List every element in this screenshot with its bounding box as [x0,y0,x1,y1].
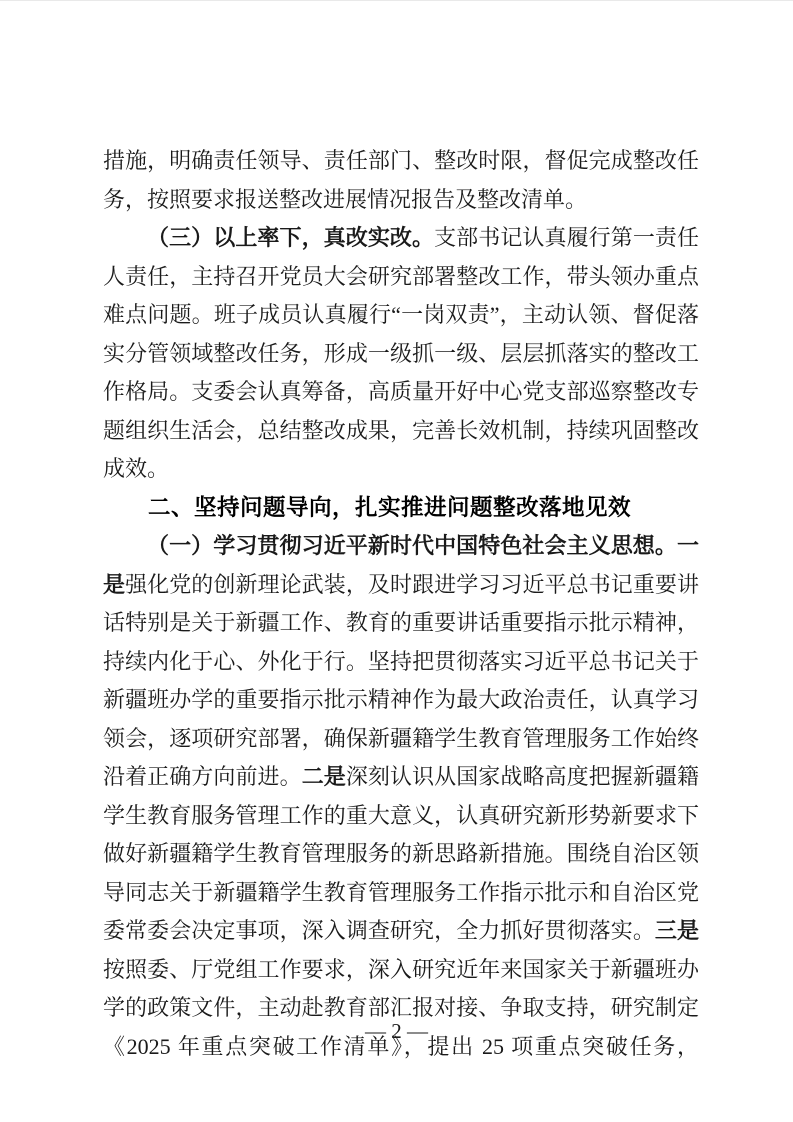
body-text: 措施，明确责任领导、责任部门、整改时限，督促完成整改任务，按照要求报送整改进展情… [103,148,699,212]
emphasis-text: 二、坚持问题导向，扎实推进问题整改落地见效 [148,495,631,520]
body-text: 强化党的创新理论武装，及时跟进学习习近平总书记重要讲话特别是关于新疆工作、教育的… [103,572,699,790]
paragraph-item-one: （一）学习贯彻习近平新时代中国特色社会主义思想。一是强化党的创新理论武装，及时跟… [103,527,699,1066]
paragraph-continuation: 措施，明确责任领导、责任部门、整改时限，督促完成整改任务，按照要求报送整改进展情… [103,142,699,219]
document-body: 措施，明确责任领导、责任部门、整改时限，督促完成整改任务，按照要求报送整改进展情… [103,142,699,1066]
body-text: 支部书记认真履行第一责任人责任，主持召开党员大会研究部署整改工作，带头领办重点难… [103,225,699,481]
emphasis-text: 三是 [655,918,699,943]
emphasis-text: （三）以上率下，真改实改。 [147,225,434,250]
body-text: 深刻认识从国家战略高度把握新疆籍学生教育服务管理工作的重大意义，认真研究新形势新… [103,764,699,943]
page-number: — 2 — [0,1014,793,1048]
section-heading: 二、坚持问题导向，扎实推进问题整改落地见效 [103,489,699,528]
document-page: 措施，明确责任领导、责任部门、整改时限，督促完成整改任务，按照要求报送整改进展情… [0,0,793,1122]
paragraph-item-three: （三）以上率下，真改实改。支部书记认真履行第一责任人责任，主持召开党员大会研究部… [103,219,699,489]
emphasis-text: （一）学习贯彻习近平新时代中国特色社会主义思想。 [147,533,677,558]
emphasis-text: 二是 [302,764,346,789]
